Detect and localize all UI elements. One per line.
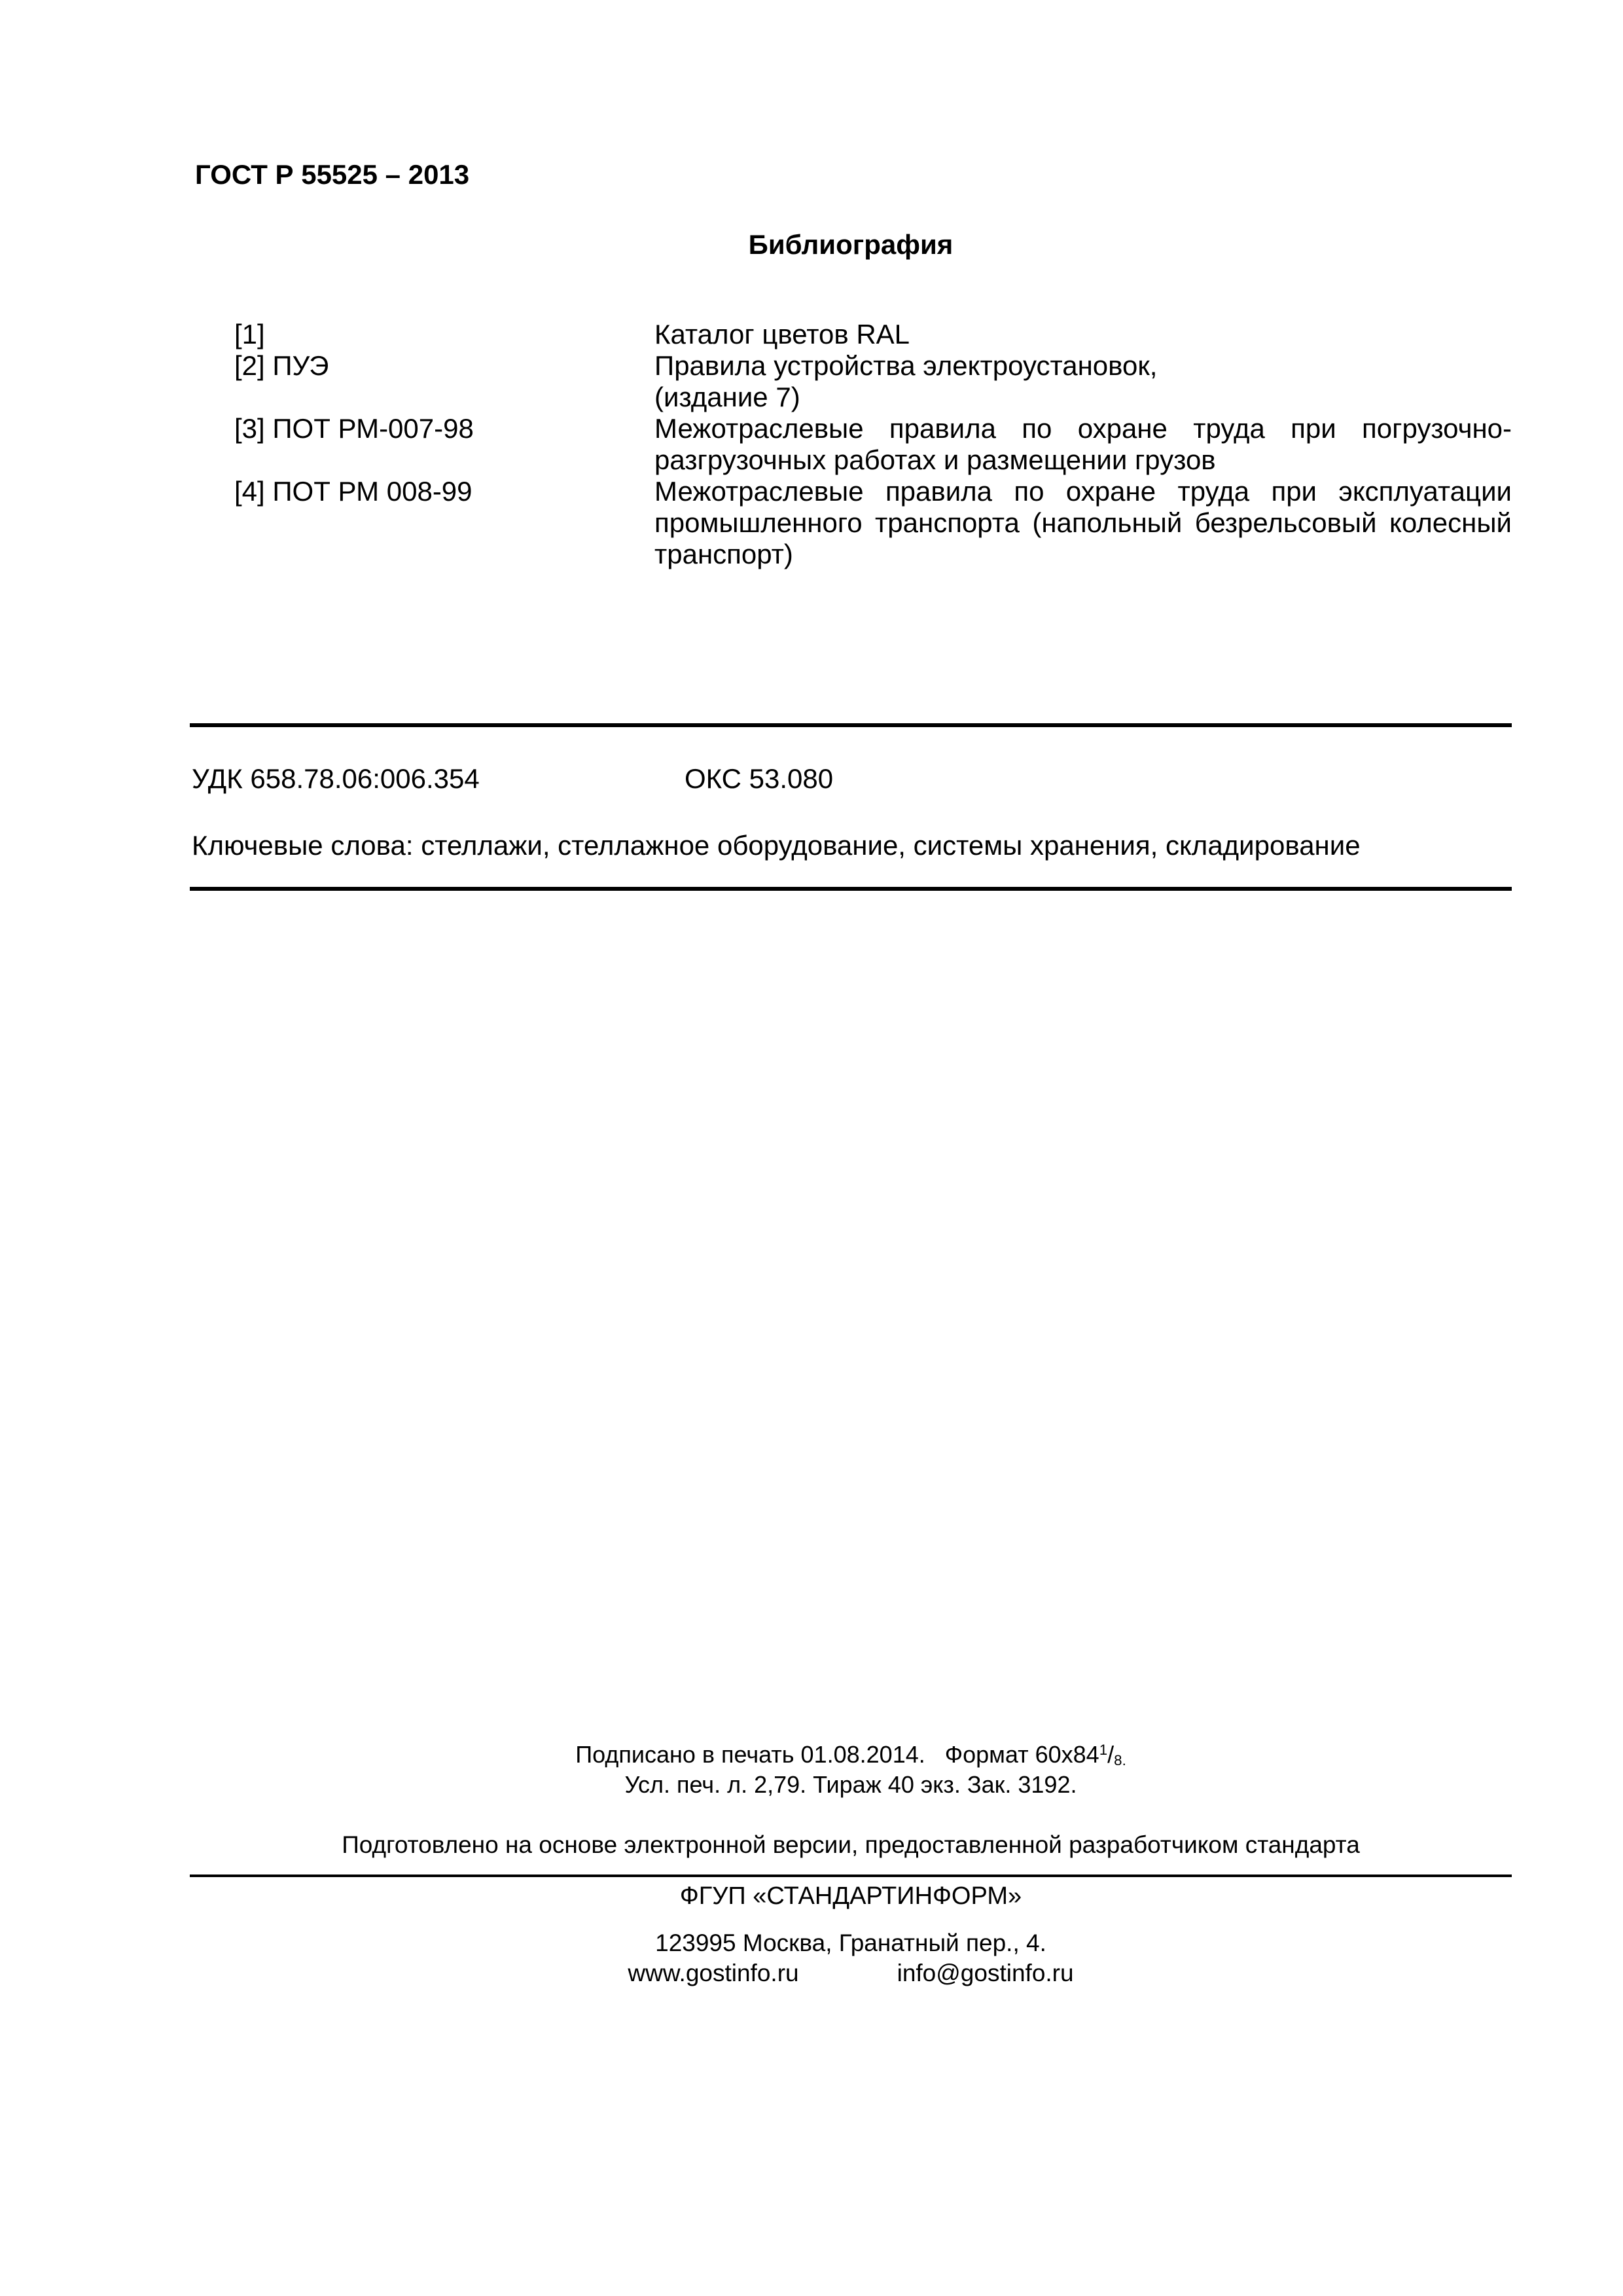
format-fraction-denominator: 8. — [1114, 1752, 1126, 1768]
bibliography-row: разгрузочных работах и размещении грузов — [234, 444, 1512, 476]
prepared-note: Подготовлено на основе электронной верси… — [190, 1831, 1512, 1859]
bibliography-ref-text: Межотраслевые правила по охране труда пр… — [654, 476, 1512, 507]
bibliography-ref-text: (издание 7) — [654, 382, 1512, 413]
bibliography-ref-label: [2] ПУЭ — [234, 350, 654, 382]
bibliography-ref-text: Правила устройства электроустановок, — [654, 350, 1512, 382]
footer-rule — [190, 1874, 1512, 1877]
bibliography-ref-label — [234, 539, 654, 570]
imprint-line-1-text: Подписано в печать 01.08.2014. Формат 60… — [575, 1741, 1099, 1768]
bibliography-ref-label: [4] ПОТ РМ 008-99 — [234, 476, 654, 507]
document-page: ГОСТ Р 55525 – 2013 Библиография [1] Кат… — [0, 0, 1623, 2296]
bibliography-title: Библиография — [190, 229, 1512, 260]
bibliography-row: транспорт) — [234, 539, 1512, 570]
bibliography-list: [1] Каталог цветов RAL [2] ПУЭ Правила у… — [234, 319, 1512, 570]
page-content: ГОСТ Р 55525 – 2013 Библиография [1] Кат… — [190, 0, 1512, 2296]
publisher-address: 123995 Москва, Гранатный пер., 4. — [190, 1929, 1512, 1957]
bibliography-ref-label — [234, 382, 654, 413]
bibliography-row: промышленного транспорта (напольный безр… — [234, 507, 1512, 539]
bibliography-row: [2] ПУЭ Правила устройства электроустано… — [234, 350, 1512, 382]
bibliography-ref-text: транспорт) — [654, 539, 1512, 570]
bibliography-row: [3] ПОТ РМ-007-98 Межотраслевые правила … — [234, 413, 1512, 444]
format-fraction-numerator: 1 — [1099, 1742, 1107, 1758]
bibliography-ref-label: [3] ПОТ РМ-007-98 — [234, 413, 654, 444]
oks-code: ОКС 53.080 — [685, 763, 833, 795]
publisher-website: www.gostinfo.ru — [628, 1960, 798, 1987]
bibliography-ref-text: Каталог цветов RAL — [654, 319, 1512, 350]
bibliography-ref-text: промышленного транспорта (напольный безр… — [654, 507, 1512, 539]
publisher-links: www.gostinfo.ru info@gostinfo.ru — [190, 1960, 1512, 1987]
format-fraction-slash: / — [1107, 1741, 1114, 1768]
bibliography-ref-label — [234, 507, 654, 539]
imprint-line-1: Подписано в печать 01.08.2014. Формат 60… — [190, 1741, 1512, 1768]
bibliography-ref-text: Межотраслевые правила по охране труда пр… — [654, 413, 1512, 444]
standard-code: ГОСТ Р 55525 – 2013 — [195, 159, 469, 190]
bibliography-row: (издание 7) — [234, 382, 1512, 413]
bibliography-row: [1] Каталог цветов RAL — [234, 319, 1512, 350]
divider-rule-bottom — [190, 887, 1512, 891]
bibliography-ref-label — [234, 444, 654, 476]
bibliography-ref-text: разгрузочных работах и размещении грузов — [654, 444, 1512, 476]
udk-code: УДК 658.78.06:006.354 — [192, 763, 480, 795]
keywords-line: Ключевые слова: стеллажи, стеллажное обо… — [192, 830, 1507, 861]
bibliography-ref-label: [1] — [234, 319, 654, 350]
divider-rule-top — [190, 723, 1512, 727]
publisher-email: info@gostinfo.ru — [897, 1960, 1074, 1987]
publisher-name: ФГУП «СТАНДАРТИНФОРМ» — [190, 1882, 1512, 1910]
bibliography-row: [4] ПОТ РМ 008-99 Межотраслевые правила … — [234, 476, 1512, 507]
imprint-line-2: Усл. печ. л. 2,79. Тираж 40 экз. Зак. 31… — [190, 1771, 1512, 1799]
